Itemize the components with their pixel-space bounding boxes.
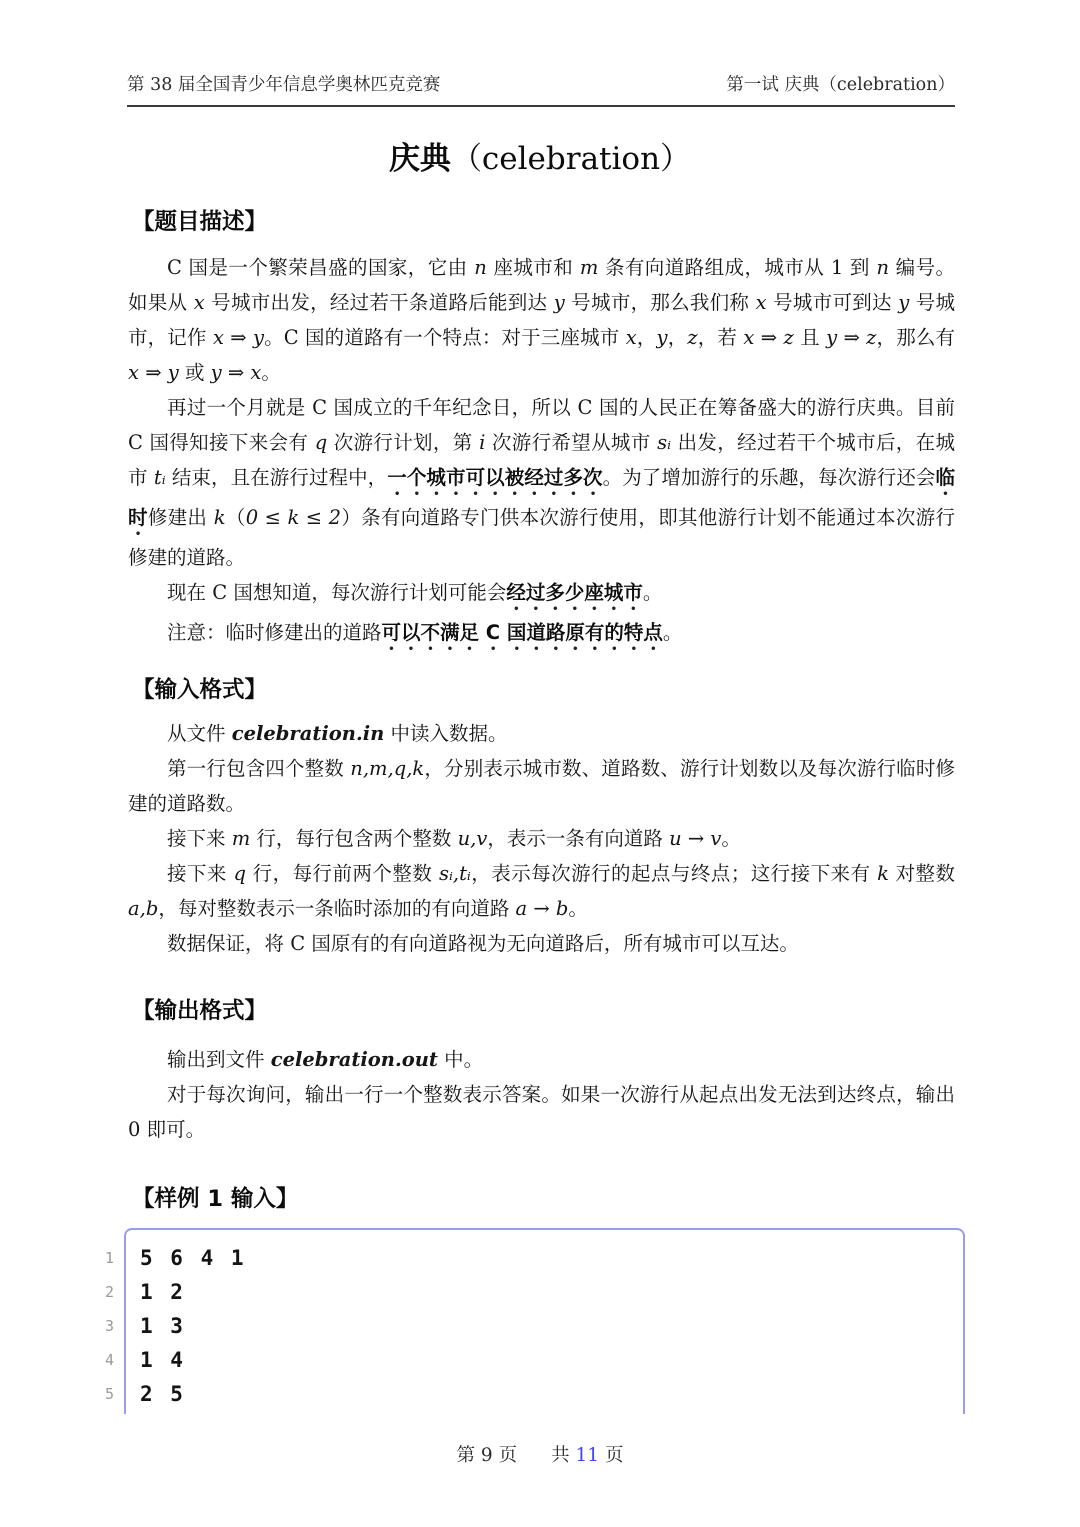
text-segment: n,m,q,k	[350, 757, 424, 780]
text-segment: sᵢ	[657, 431, 671, 454]
code-line: 5 2 5	[86, 1377, 246, 1411]
text-segment: n	[876, 256, 889, 279]
text-segment: 输出到文件	[167, 1048, 271, 1071]
text-segment: ，每对整数表示一条临时添加的有向道路	[158, 897, 515, 920]
paragraph: 从文件 celebration.in 中读入数据。	[128, 716, 955, 751]
paragraph: 接下来 q 行，每行前两个整数 sᵢ,tᵢ，表示每次游行的起点与终点；这行接下来…	[128, 856, 955, 926]
text-segment: 从文件	[167, 722, 232, 745]
text-segment: ，	[668, 326, 688, 349]
text-segment: 座城市和	[487, 256, 580, 279]
text-segment: x ⇒ y	[213, 326, 264, 349]
text-segment: tᵢ	[154, 466, 166, 489]
text-segment: a,b	[128, 897, 158, 920]
text-segment: n	[474, 256, 487, 279]
code-line: 1 5 6 4 1	[86, 1241, 246, 1275]
text-segment: 注意：临时修建出的道路	[167, 621, 382, 644]
paragraph: C 国是一个繁荣昌盛的国家，它由 n 座城市和 m 条有向道路组成，城市从 1 …	[128, 250, 955, 390]
text-segment: 。	[643, 581, 663, 604]
line-number: 5	[86, 1385, 114, 1403]
text-segment: 号城市，那么我们称	[565, 291, 756, 314]
line-number: 4	[86, 1351, 114, 1369]
text-segment: 对整数	[889, 862, 955, 885]
text-segment: x	[756, 291, 767, 314]
text-segment: sᵢ,tᵢ	[439, 862, 471, 885]
title-english: （celebration）	[451, 141, 691, 177]
text-segment: 行，每行包含两个整数	[250, 827, 457, 850]
code-line: 2 1 2	[86, 1275, 246, 1309]
text-segment: 接下来	[167, 862, 234, 885]
text-segment: k	[877, 862, 889, 885]
text-segment: 。	[568, 897, 588, 920]
paragraph: 第一行包含四个整数 n,m,q,k，分别表示城市数、道路数、游行计划数以及每次游…	[128, 751, 955, 821]
footer-total-prefix: 共	[551, 1445, 570, 1466]
code-text: 5 6 4 1	[140, 1246, 246, 1270]
text-segment: celebration.out	[271, 1048, 438, 1071]
paragraph: 现在 C 国想知道，每次游行计划可能会经过多少座城市。	[128, 575, 955, 615]
text-segment: a → b	[516, 897, 569, 920]
text-segment: 现在 C 国想知道，每次游行计划可能会	[167, 581, 506, 604]
sample-code-box	[124, 1228, 965, 1414]
text-segment: 行，每行前两个整数	[246, 862, 439, 885]
text-segment: y ⇒ x	[211, 361, 262, 384]
text-segment: 接下来	[167, 827, 232, 850]
section-heading-output-format: 【输出格式】	[132, 993, 267, 1025]
code-text: 2 5	[140, 1382, 185, 1406]
section-body-input-format: 从文件 celebration.in 中读入数据。 第一行包含四个整数 n,m,…	[128, 716, 955, 961]
text-segment: 。C 国的道路有一个特点：对于三座城市	[264, 326, 626, 349]
footer-page-indicator: 第 9 页共 11 页	[0, 1441, 1080, 1467]
text-segment: ，	[637, 326, 657, 349]
text-segment: x	[626, 326, 637, 349]
text-segment: y ⇒ z	[826, 326, 876, 349]
paragraph: 注意：临时修建出的道路可以不满足 C 国道路原有的特点。	[128, 615, 955, 655]
line-number: 2	[86, 1283, 114, 1301]
text-segment: 次游行计划，第	[327, 431, 479, 454]
paragraph: 对于每次询问，输出一行一个整数表示答案。如果一次游行从起点出发无法到达终点，输出…	[128, 1077, 955, 1147]
text-segment: C 国是一个繁荣昌盛的国家，它由	[167, 256, 474, 279]
paragraph: 再过一个月就是 C 国成立的千年纪念日，所以 C 国的人民正在筹备盛大的游行庆典…	[128, 390, 955, 575]
text-segment: q	[234, 862, 246, 885]
text-segment: y	[898, 291, 909, 314]
text-segment: 。	[261, 361, 281, 384]
text-segment: 修建出	[148, 506, 214, 529]
text-segment: 或	[179, 361, 211, 384]
text-segment: ，那么有	[876, 326, 955, 349]
text-segment: ，若	[698, 326, 744, 349]
section-heading-sample-input: 【样例 1 输入】	[132, 1181, 298, 1213]
header-contest-name: 第 38 届全国青少年信息学奥林匹克竞赛	[127, 71, 440, 96]
text-segment: 次游行希望从城市	[485, 431, 657, 454]
sample-code-lines: 1 5 6 4 1 2 1 2 3 1 3 4 1 4 5 2 5	[86, 1241, 246, 1411]
text-segment: x ⇒ z	[743, 326, 793, 349]
section-heading-description: 【题目描述】	[132, 204, 267, 236]
section-heading-input-format: 【输入格式】	[132, 672, 267, 704]
footer-current-page: 第 9 页	[457, 1445, 518, 1466]
text-segment: 条有向道路组成，城市从 1 到	[598, 256, 876, 279]
line-number: 3	[86, 1317, 114, 1335]
text-segment: x ⇒ y	[128, 361, 179, 384]
text-segment: （	[226, 506, 246, 529]
paragraph: 接下来 m 行，每行包含两个整数 u,v，表示一条有向道路 u → v。	[128, 821, 955, 856]
document-page: 第 38 届全国青少年信息学奥林匹克竞赛 第一试 庆典（celebration）…	[0, 0, 1080, 1527]
text-segment: x	[194, 291, 205, 314]
text-segment: 数据保证，将 C 国原有的有向道路视为无向道路后，所有城市可以互达。	[167, 932, 799, 955]
code-line: 3 1 3	[86, 1309, 246, 1343]
text-segment: 可以不满足 C 国道路原有的特点	[382, 621, 663, 644]
text-segment: 一个城市可以被经过多次	[387, 466, 602, 489]
text-segment: y	[554, 291, 565, 314]
page-header: 第 38 届全国青少年信息学奥林匹克竞赛 第一试 庆典（celebration）	[127, 71, 955, 107]
text-segment: 0 ≤ k ≤ 2	[246, 506, 341, 529]
paragraph: 数据保证，将 C 国原有的有向道路视为无向道路后，所有城市可以互达。	[128, 926, 955, 961]
text-segment: 号城市出发，经过若干条道路后能到达	[205, 291, 554, 314]
text-segment: u → v	[669, 827, 721, 850]
text-segment: 对于每次询问，输出一行一个整数表示答案。如果一次游行从起点出发无法到达终点，输出…	[128, 1083, 955, 1141]
text-segment: 第一行包含四个整数	[167, 757, 350, 780]
paragraph: 输出到文件 celebration.out 中。	[128, 1042, 955, 1077]
text-segment: 经过多少座城市	[506, 581, 643, 604]
text-segment: 结束，且在游行过程中，	[166, 466, 388, 489]
text-segment: celebration.in	[232, 722, 385, 745]
text-segment: k	[214, 506, 226, 529]
code-text: 1 3	[140, 1314, 185, 1338]
code-line: 4 1 4	[86, 1343, 246, 1377]
text-segment: q	[315, 431, 327, 454]
title-chinese: 庆典	[389, 141, 451, 177]
text-segment: m	[232, 827, 251, 850]
text-segment: m	[580, 256, 599, 279]
text-segment: ，表示每次游行的起点与终点；这行接下来有	[471, 862, 877, 885]
text-segment: 。	[663, 621, 683, 644]
text-segment: 且	[794, 326, 826, 349]
footer-total-pages-link[interactable]: 11	[576, 1445, 600, 1466]
text-segment: z	[687, 326, 697, 349]
text-segment: u,v	[458, 827, 488, 850]
code-text: 1 2	[140, 1280, 185, 1304]
page-title: 庆典（celebration）	[0, 133, 1080, 178]
text-segment: ，表示一条有向道路	[487, 827, 669, 850]
line-number: 1	[86, 1249, 114, 1267]
text-segment: 号城市可到达	[767, 291, 899, 314]
text-segment: 中读入数据。	[384, 722, 507, 745]
section-body-description: C 国是一个繁荣昌盛的国家，它由 n 座城市和 m 条有向道路组成，城市从 1 …	[128, 250, 955, 655]
footer-total-suffix: 页	[605, 1445, 624, 1466]
header-problem-name: 第一试 庆典（celebration）	[726, 71, 955, 96]
text-segment: 。为了增加游行的乐趣，每次游行还会	[603, 466, 936, 489]
text-segment: y	[657, 326, 668, 349]
text-segment: 。	[721, 827, 741, 850]
section-body-output-format: 输出到文件 celebration.out 中。 对于每次询问，输出一行一个整数…	[128, 1042, 955, 1147]
code-text: 1 4	[140, 1348, 185, 1372]
text-segment: 中。	[438, 1048, 483, 1071]
